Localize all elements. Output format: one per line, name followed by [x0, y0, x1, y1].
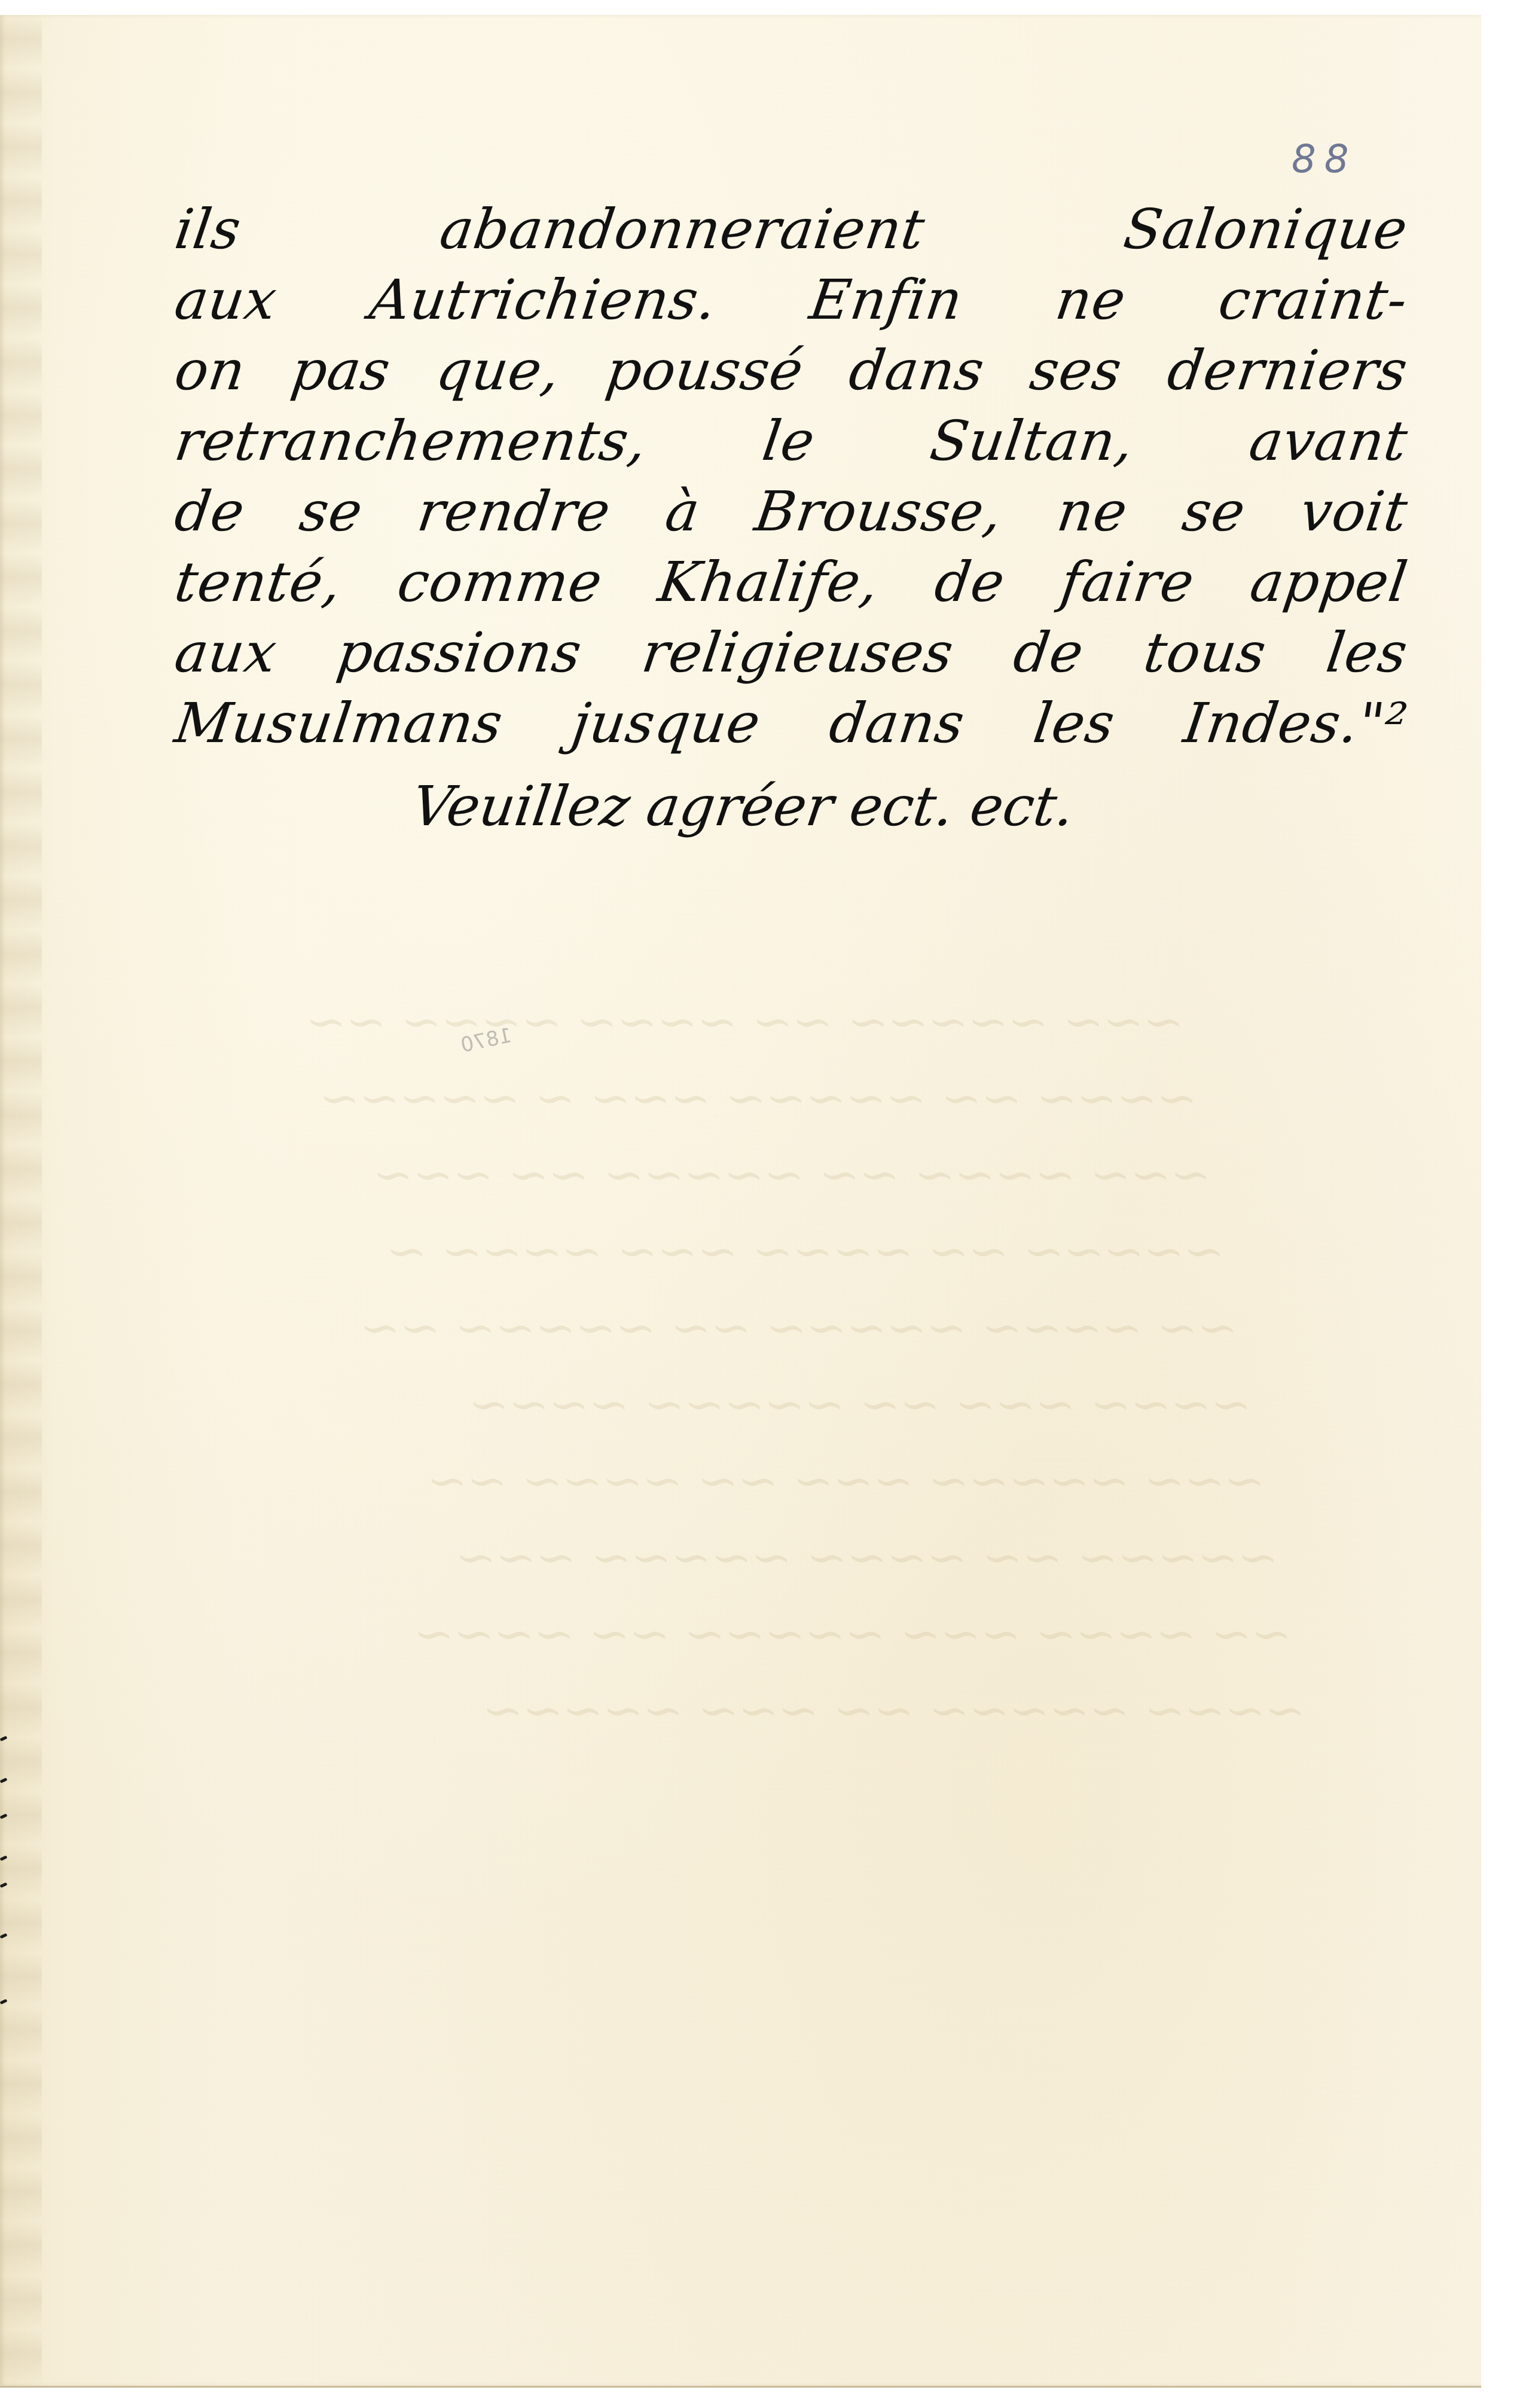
- bleed-line: ~~~ ~~~~ ~~ ~~~~~ ~~ ~~~: [127, 1137, 1217, 1213]
- bleed-line: ~~~~ ~~~~~ ~~ ~~~ ~~~~~: [222, 1673, 1312, 1749]
- handwritten-line-6: tenté, comme Khalife, de faire appel: [170, 547, 1412, 618]
- bleed-line: ~~~~ ~~~ ~~ ~~~~~ ~~~~: [168, 1366, 1258, 1443]
- binding-margin-ink-marks: [0, 1737, 8, 2006]
- manuscript-page: 88 ~~~ ~~~~~ ~~ ~~~~ ~~~~ ~~ ~~~~ ~~ ~~~…: [0, 15, 1481, 2388]
- folio-number: 88: [1292, 138, 1357, 182]
- handwritten-line-5: de se rendre à Brousse, ne se voit: [170, 477, 1412, 547]
- handwritten-line-4: retranchements, le Sultan, avant: [170, 406, 1412, 477]
- closing-formula: Veuillez agréer ect. ect.: [408, 771, 1079, 842]
- letter-body: ils abandonneraient Salonique aux Autric…: [170, 194, 1426, 759]
- handwritten-line-2: aux Autrichiens. Enfin ne craint-: [170, 265, 1412, 335]
- bleed-through-text: ~~~ ~~~~~ ~~ ~~~~ ~~~~ ~~ ~~~~ ~~ ~~~~~ …: [100, 984, 1335, 1881]
- bleed-line: ~~~~ ~~ ~~~~~ ~~~ ~ ~~~~~: [114, 1060, 1204, 1137]
- bleed-line: ~~~ ~~~~~ ~~~ ~~ ~~~~ ~~: [181, 1443, 1271, 1519]
- bleed-line: ~~ ~~~~ ~~~ ~~~~~ ~~ ~~~~: [208, 1596, 1298, 1673]
- bleed-line: ~~~ ~~~~~ ~~ ~~~~ ~~~~ ~~: [100, 984, 1191, 1060]
- handwritten-line-7: aux passions religieuses de tous les: [170, 618, 1412, 688]
- handwritten-line-3: on pas que, poussé dans ses derniers: [170, 335, 1412, 406]
- pencil-note-reverse: 1870: [459, 1023, 514, 1057]
- handwritten-line-8: Musulmans jusque dans les Indes."²: [170, 688, 1412, 759]
- page-left-edge-wear: [0, 15, 42, 2386]
- bleed-line: ~~~~~ ~~ ~~~~ ~~~ ~~~~ ~: [141, 1213, 1231, 1290]
- bleed-line: ~~~~~ ~~ ~~~~ ~~~~~ ~~~: [195, 1519, 1285, 1596]
- bleed-line: ~~ ~~~~ ~~~~~ ~~ ~~~~~ ~~: [154, 1290, 1244, 1366]
- handwritten-line-1: ils abandonneraient Salonique: [170, 194, 1412, 265]
